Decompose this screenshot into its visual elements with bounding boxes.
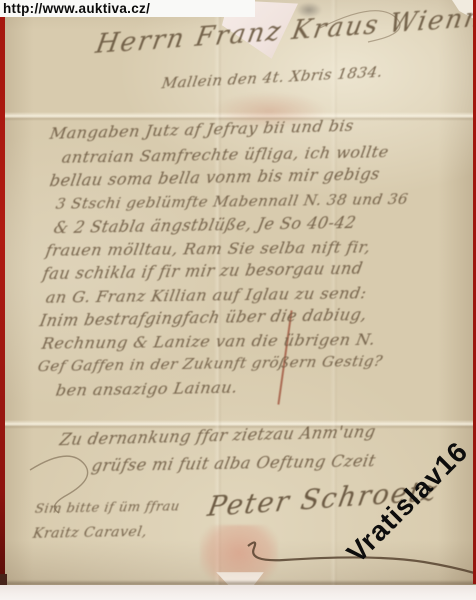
- auction-site-watermark: http://www.auktiva.cz/: [0, 0, 255, 17]
- dateline: Mallein den 4t. Xbris 1834.: [161, 62, 385, 92]
- handwritten-line: 3 Stschi geblümfte Mabennall N. 38 und 3…: [55, 190, 410, 213]
- handwritten-line: Inim bestrafgingfach über die dabiug,: [38, 305, 369, 330]
- handwritten-line: Rechnung & Lanize van die übrigen N.: [40, 330, 376, 353]
- handwritten-line: frauen mölltau, Ram Sie selba nift fir,: [44, 238, 372, 260]
- signature-subline: Kraitz Caravel,: [32, 524, 149, 542]
- red-border-left: [0, 7, 5, 576]
- dark-corner-mark: [0, 574, 7, 585]
- handwritten-line: antraian Samfrechte üfliga, ich wollte: [60, 142, 390, 167]
- handwritten-line: an G. Franz Killian auf Iglau zu send:: [44, 284, 368, 308]
- scanned-letter-photo: Herrn Franz Kraus Wienn Mallein den 4t. …: [0, 0, 476, 600]
- scan-background-strip: [0, 585, 476, 600]
- handwritten-line: & 2 Stabla ängstblüße, Je So 40-42: [52, 213, 358, 237]
- handwritten-line: fau schikla if fir mir zu besorgau und: [41, 258, 364, 283]
- handwritten-line: ben ansazigo Lainau.: [54, 378, 239, 400]
- closing-line: Sim bitte if üm ffrau: [34, 499, 181, 517]
